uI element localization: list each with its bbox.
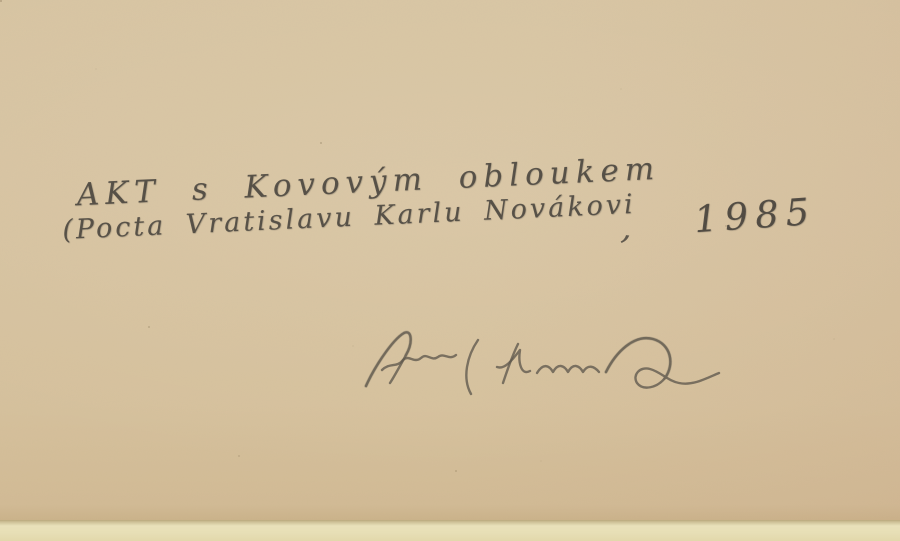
mat-edge-strip	[0, 520, 900, 541]
artwork-verso-photo: AKT s Kovovým obloukem (Pocta Vratislavu…	[0, 0, 900, 541]
inscription-year: 1985	[693, 190, 818, 241]
paper-fibre-specks	[0, 0, 2, 2]
paper-background	[0, 0, 900, 520]
